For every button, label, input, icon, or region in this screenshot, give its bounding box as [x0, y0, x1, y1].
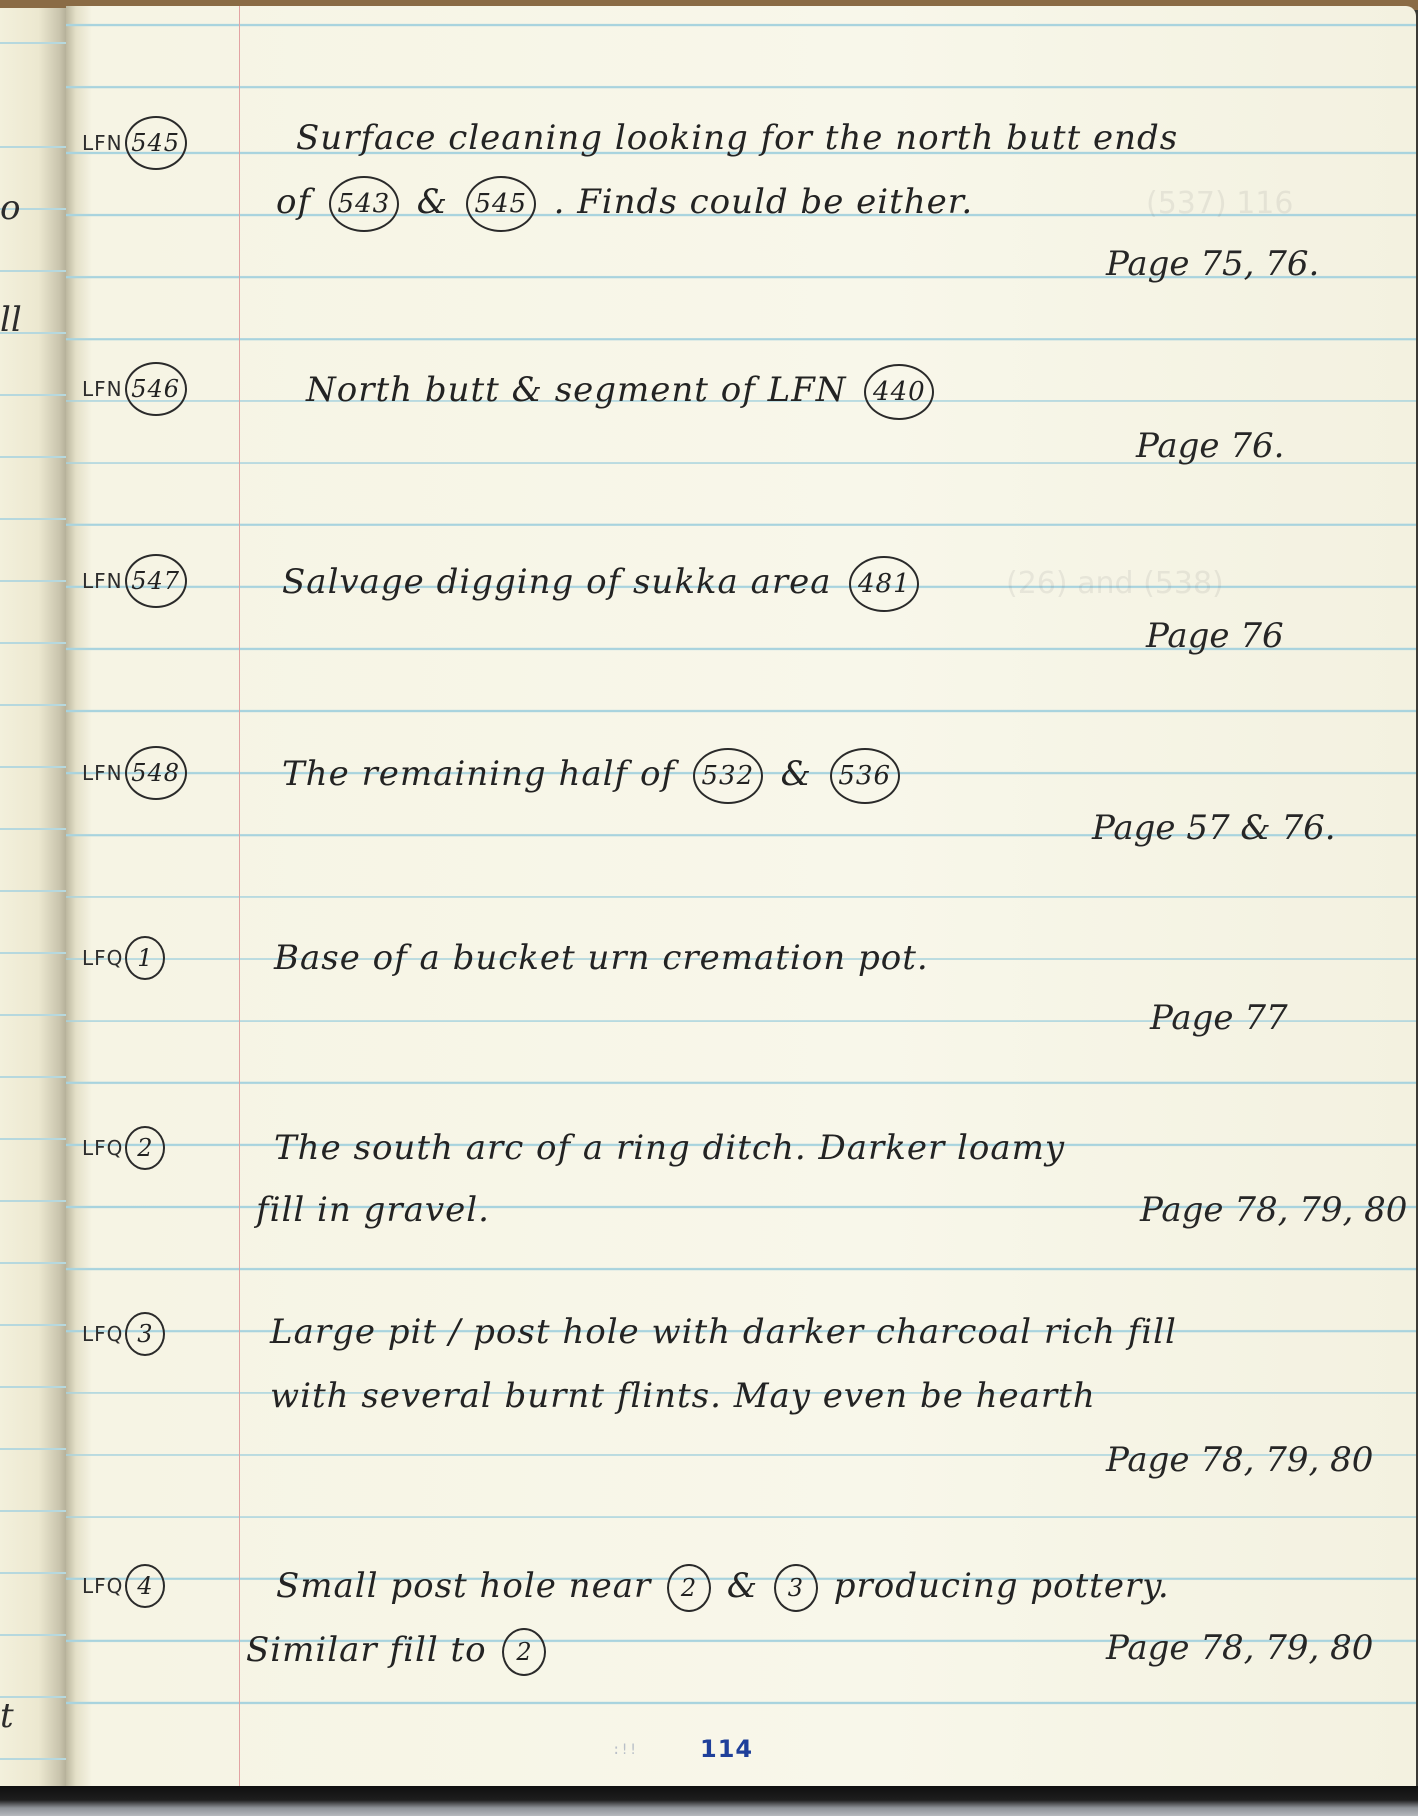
entry-number-circled: 2: [125, 1126, 165, 1170]
entry-code: LFQ 3: [82, 1312, 165, 1356]
entry-text-line: Salvage digging of sukka area 481: [282, 556, 925, 612]
entry-code: LFN 545: [82, 116, 187, 170]
left-page-fragment: t: [0, 1696, 14, 1736]
show-through-text: (537) 116: [1146, 186, 1293, 221]
context-ref-circled: 2: [667, 1564, 711, 1612]
show-through-text: (26) and (538): [1006, 566, 1224, 601]
text-fragment: . Finds could be either.: [554, 182, 974, 222]
context-ref-circled: 536: [830, 748, 900, 804]
context-ref-circled: 440: [864, 364, 934, 420]
entry-code: LFN 548: [82, 746, 187, 800]
text-fragment: The remaining half of: [282, 754, 675, 794]
entry-prefix: LFN: [82, 569, 123, 593]
left-page-strip: o ll t: [0, 8, 70, 1786]
page-reference: Page 57 & 76.: [1092, 808, 1336, 848]
page-reference: Page 78, 79, 80: [1140, 1190, 1407, 1230]
left-page-rules: [0, 8, 70, 1786]
notebook-bottom-edge: [0, 1786, 1418, 1816]
text-fragment: Salvage digging of sukka area: [282, 562, 832, 602]
entry-text-line: fill in gravel.: [256, 1190, 490, 1230]
entry-number-circled: 4: [125, 1564, 165, 1608]
left-page-fragment: ll: [0, 300, 22, 340]
entry-text-line: Small post hole near 2 & 3 producing pot…: [276, 1564, 1170, 1612]
context-ref-circled: 543: [329, 176, 399, 232]
text-fragment: producing pottery.: [834, 1566, 1170, 1606]
entry-prefix: LFN: [82, 761, 123, 785]
text-fragment: North butt & segment of LFN: [306, 370, 847, 410]
entry-code: LFN 547: [82, 554, 187, 608]
text-fragment: Similar fill to: [246, 1630, 487, 1670]
page-reference: Page 76: [1146, 616, 1284, 656]
context-ref-circled: 545: [466, 176, 536, 232]
text-fragment: &: [781, 754, 812, 794]
entry-text-line: The remaining half of 532 & 536: [282, 748, 906, 804]
entry-code: LFN 546: [82, 362, 187, 416]
entry-text-line: The south arc of a ring ditch. Darker lo…: [274, 1128, 1065, 1168]
context-ref-circled: 481: [849, 556, 919, 612]
context-ref-circled: 3: [774, 1564, 818, 1612]
entry-text-line: Surface cleaning looking for the north b…: [296, 118, 1178, 158]
entry-prefix: LFQ: [82, 946, 123, 970]
entry-code: LFQ 2: [82, 1126, 165, 1170]
red-margin-line: [239, 6, 240, 1786]
text-fragment: &: [417, 182, 448, 222]
entry-number-circled: 1: [125, 936, 165, 980]
entry-text-line: Large pit / post hole with darker charco…: [270, 1312, 1177, 1352]
entry-text-line: Base of a bucket urn cremation pot.: [274, 938, 929, 978]
text-fragment: &: [727, 1566, 758, 1606]
page-reference: Page 76.: [1136, 426, 1284, 466]
left-page-fragment: o: [0, 188, 20, 228]
entry-prefix: LFN: [82, 377, 123, 401]
notebook-page: (537) 116 (26) and (538) LFN 545 Surface…: [66, 6, 1416, 1786]
entry-code: LFQ 4: [82, 1564, 165, 1608]
entry-prefix: LFN: [82, 131, 123, 155]
page-reference: Page 77: [1150, 998, 1288, 1038]
entry-prefix: LFQ: [82, 1136, 123, 1160]
context-ref-circled: 532: [693, 748, 763, 804]
entry-number-circled: 548: [125, 746, 187, 800]
text-fragment: of: [276, 182, 311, 222]
faint-stamp-mark: :!!: [612, 1742, 637, 1758]
page-reference: Page 75, 76.: [1106, 244, 1319, 284]
page-number: 114: [700, 1735, 753, 1763]
context-ref-circled: 2: [502, 1628, 546, 1676]
entry-number-circled: 545: [125, 116, 187, 170]
entry-code: LFQ 1: [82, 936, 165, 980]
page-reference: Page 78, 79, 80: [1106, 1628, 1373, 1668]
text-fragment: Small post hole near: [276, 1566, 651, 1606]
page-reference: Page 78, 79, 80: [1106, 1440, 1373, 1480]
entry-prefix: LFQ: [82, 1322, 123, 1346]
entry-text-line: with several burnt flints. May even be h…: [270, 1376, 1096, 1416]
entry-number-circled: 546: [125, 362, 187, 416]
entry-number-circled: 547: [125, 554, 187, 608]
entry-number-circled: 3: [125, 1312, 165, 1356]
entry-prefix: LFQ: [82, 1574, 123, 1598]
entry-text-line: North butt & segment of LFN 440: [306, 364, 940, 420]
entry-text-line: of 543 & 545 . Finds could be either.: [276, 176, 973, 232]
entry-text-line: Similar fill to 2: [246, 1628, 550, 1676]
